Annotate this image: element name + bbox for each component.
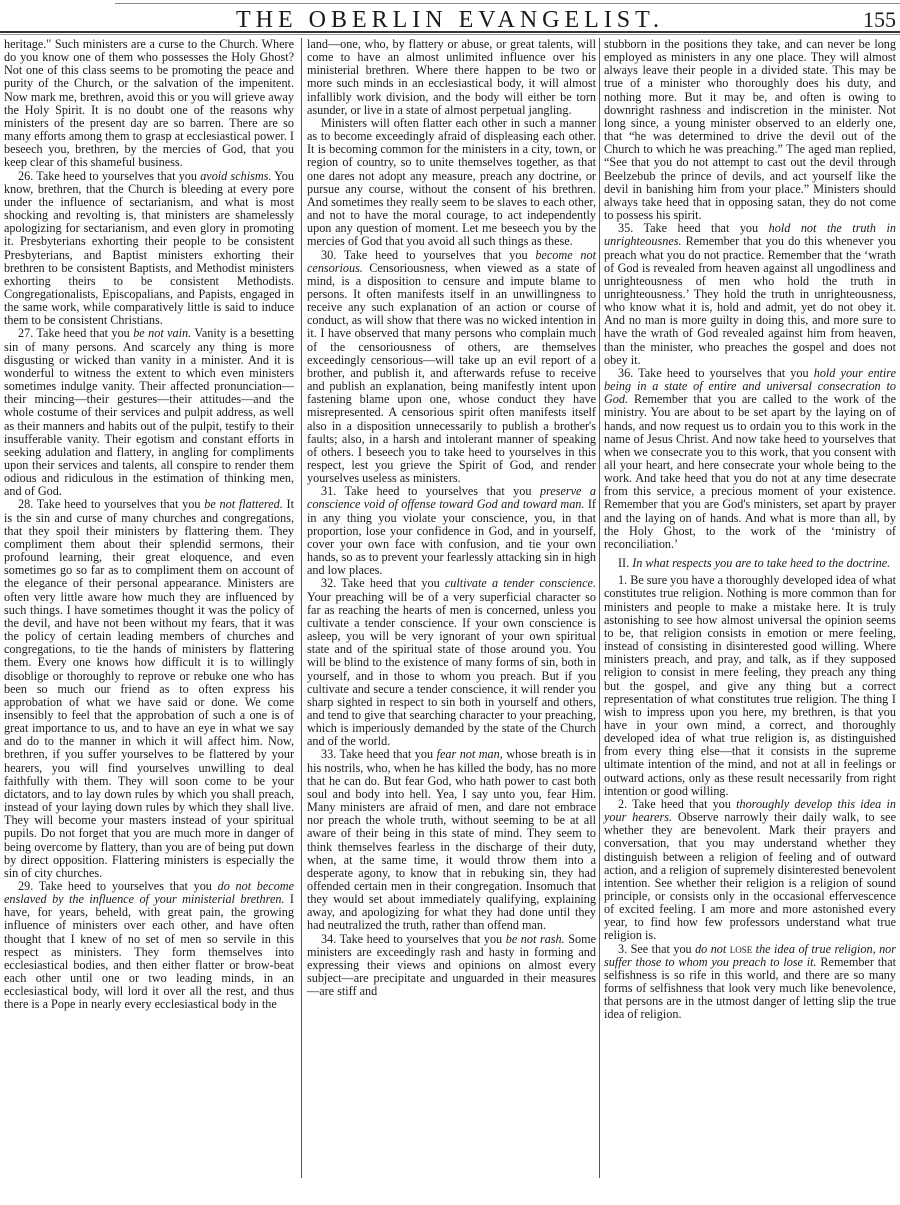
paragraph: 32. Take heed that you cultivate a tende…: [307, 577, 596, 748]
paragraph: 31. Take heed to yourselves that you pre…: [307, 485, 596, 577]
paragraph: 36. Take heed to yourselves that you hol…: [604, 367, 896, 551]
paragraph: 33. Take heed that you fear not man, who…: [307, 748, 596, 932]
paragraph: 35. Take heed that you hold not the trut…: [604, 222, 896, 367]
article-columns: heritage." Such ministers are a curse to…: [4, 38, 898, 1203]
header-rule-thin: [0, 34, 900, 35]
paragraph: stubborn in the positions they take, and…: [604, 38, 896, 222]
column-divider: [301, 38, 302, 1178]
column-divider: [599, 38, 600, 1178]
paragraph: 29. Take heed to yourselves that you do …: [4, 880, 294, 1012]
top-rule: [115, 3, 900, 4]
paragraph: heritage." Such ministers are a curse to…: [4, 38, 294, 170]
paragraph: Ministers will often flatter each other …: [307, 117, 596, 249]
paragraph: 26. Take heed to yourselves that you avo…: [4, 170, 294, 328]
paragraph: 28. Take heed to yourselves that you be …: [4, 498, 294, 880]
paragraph: land—one, who, by flattery or abuse, or …: [307, 38, 596, 117]
column-2: land—one, who, by flattery or abuse, or …: [307, 38, 596, 998]
paragraph: 1. Be sure you have a thoroughly develop…: [604, 574, 896, 798]
newspaper-title: THE OBERLIN EVANGELIST.: [0, 7, 900, 34]
header-rule: [0, 31, 900, 33]
column-3: stubborn in the positions they take, and…: [604, 38, 896, 1022]
page-number: 155: [863, 7, 896, 33]
paragraph: 34. Take heed to yourselves that you be …: [307, 933, 596, 999]
section-heading: II. In what respects you are to take hee…: [604, 557, 896, 570]
masthead: THE OBERLIN EVANGELIST. 155: [0, 0, 900, 32]
paragraph: 27. Take heed that you be not vain. Vani…: [4, 327, 294, 498]
paragraph: 30. Take heed to yourselves that you bec…: [307, 249, 596, 486]
paragraph: 3. See that you do not lose the idea of …: [604, 943, 896, 1022]
column-1: heritage." Such ministers are a curse to…: [4, 38, 294, 1012]
paragraph: 2. Take heed that you thoroughly develop…: [604, 798, 896, 943]
